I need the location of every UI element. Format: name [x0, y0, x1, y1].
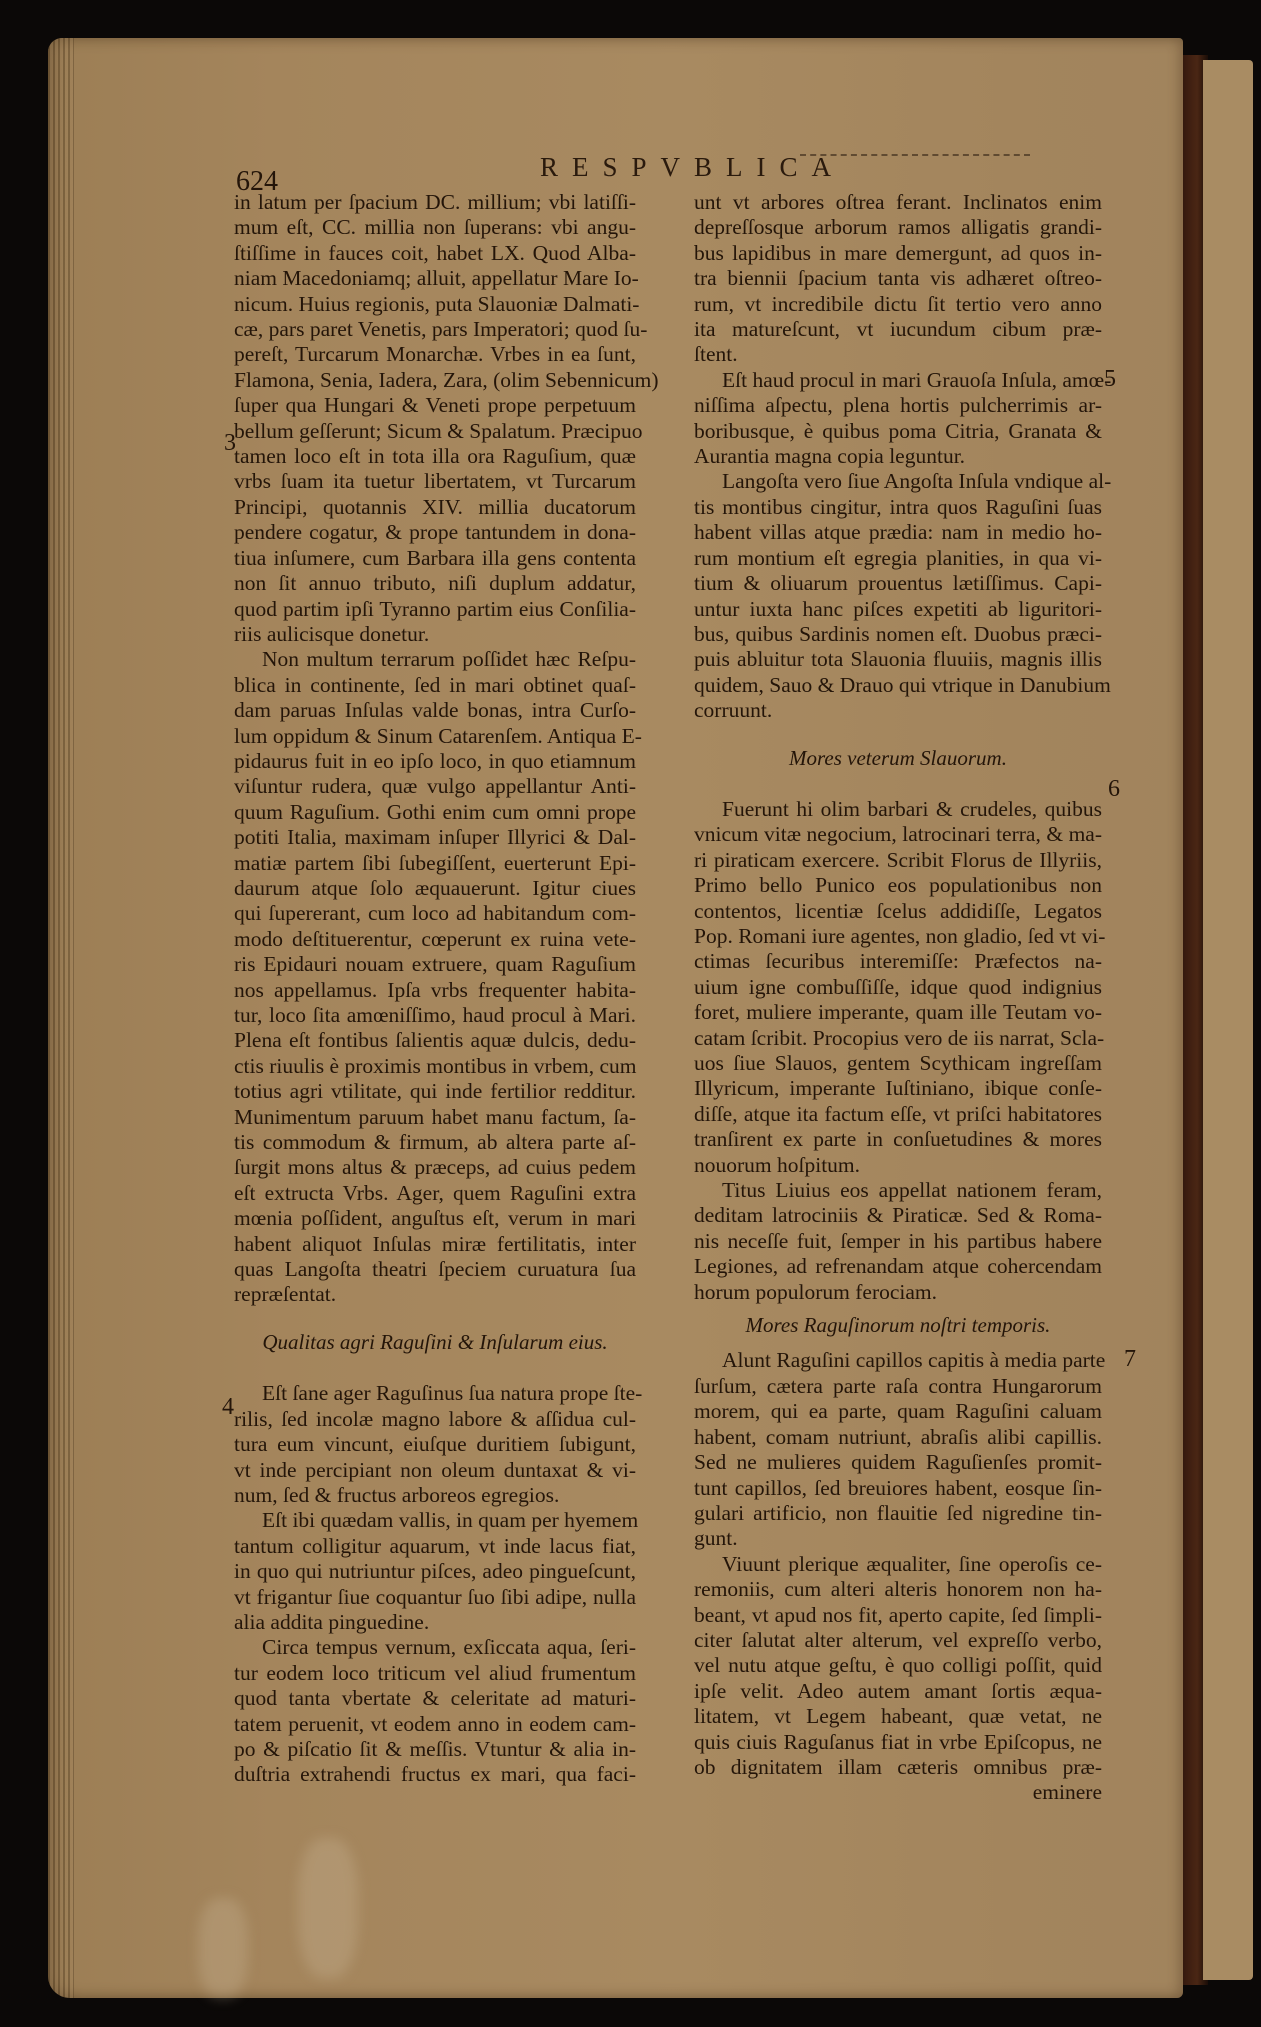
text-line: tamen loco eſt in tota illa ora Raguſium… — [234, 444, 636, 469]
text-line: uium igne combuſſiſſe, idque quod indign… — [694, 975, 1102, 1000]
text-line: ri piraticam exercere. Scribit Florus de… — [694, 848, 1102, 873]
text-line: unt vt arbores oſtrea ferant. Inclinatos… — [694, 190, 1102, 215]
margin-number-6: 6 — [1108, 776, 1120, 803]
text-line: rum montium eſt egregia planities, in qu… — [694, 546, 1102, 571]
text-line: pendere cogatur, & prope tantundem in do… — [234, 520, 636, 545]
text-line: quum Raguſium. Gothi enim cum omni prope — [234, 800, 636, 825]
paragraph: Titus Liuius eos appellat nationem feram… — [694, 1178, 1102, 1305]
text-line: ita matureſcunt, vt iucundum cibum præ- — [694, 317, 1102, 342]
text-line: ſuper qua Hungari & Veneti prope perpetu… — [234, 393, 636, 418]
text-line: mœnia poſſident, anguſtus eſt, verum in … — [234, 1206, 636, 1231]
text-line: tis montibus cingitur, intra quos Raguſi… — [694, 495, 1102, 520]
text-line: Langoſta vero ſiue Angoſta Inſula vndiqu… — [694, 469, 1102, 494]
paragraph: Fuerunt hi olim barbari & crudeles, quib… — [694, 797, 1102, 1178]
paragraph: Circa tempus vernum, exſiccata aqua, ſer… — [234, 1635, 636, 1787]
section-heading: Mores Raguſinorum noſtri temporis. — [694, 1313, 1102, 1338]
facing-page-edge — [1203, 60, 1253, 1980]
text-line: niſſima aſpectu, plena hortis pulcherrim… — [694, 393, 1102, 418]
text-line: eſt extructa Vrbs. Ager, quem Raguſini e… — [234, 1181, 636, 1206]
text-line: vel nutu atque geſtu, è quo colligi poſſ… — [694, 1653, 1102, 1678]
text-line: tiua inſumere, cum Barbara illa gens con… — [234, 546, 636, 571]
text-line: alia addita pinguedine. — [234, 1610, 636, 1635]
text-line: daurum atque ſolo æquauerunt. Igitur ciu… — [234, 876, 636, 901]
section-heading: Qualitas agri Raguſini & Inſularum eius. — [234, 1330, 636, 1355]
text-line: non ſit annuo tributo, niſi duplum addat… — [234, 571, 636, 596]
text-line: Legiones, ad refrenandam atque cohercend… — [694, 1254, 1102, 1279]
text-line: ſurgit mons altus & præceps, ad cuius pe… — [234, 1155, 636, 1180]
text-line: habent villas atque prædia: nam in medio… — [694, 520, 1102, 545]
text-line: ſurſum, cætera parte raſa contra Hungaro… — [694, 1374, 1102, 1399]
paragraph: Eſt haud procul in mari Grauoſa Inſula, … — [694, 368, 1102, 470]
text-line: tatem peruenit, vt eodem anno in eodem c… — [234, 1712, 636, 1737]
text-line: ris Epidauri nouam extruere, quam Raguſi… — [234, 952, 636, 977]
text-line: Pop. Romani iure agentes, non gladio, ſe… — [694, 924, 1102, 949]
text-line: riis aulicisque donetur. — [234, 622, 636, 647]
text-line: nis neceſſe fuit, ſemper in his partibus… — [694, 1229, 1102, 1254]
paragraph: unt vt arbores oſtrea ferant. Inclinatos… — [694, 190, 1102, 368]
text-line: qui ſupererant, cum loco ad habitandum c… — [234, 901, 636, 926]
text-line: tantum colligitur aquarum, vt inde lacus… — [234, 1534, 636, 1559]
text-line: pidaurus fuit in eo ipſo loco, in quo et… — [234, 749, 636, 774]
text-line: bellum geſſerunt; Sicum & Spalatum. Præc… — [234, 419, 636, 444]
text-line: ob dignitatem illam cæteris omnibus præ- — [694, 1755, 1102, 1780]
text-line: po & piſcatio ſit & meſſis. Vtuntur & al… — [234, 1737, 636, 1762]
text-line: quidem, Sauo & Drauo qui vtrique in Danu… — [694, 673, 1102, 698]
text-line: vt frigantur ſiue coquantur ſuo ſibi adi… — [234, 1585, 636, 1610]
text-line: Plena eſt fontibus ſalientis aquæ dulcis… — [234, 1028, 636, 1053]
text-line: repræſentat. — [234, 1282, 636, 1307]
text-line: horum populorum ferociam. — [694, 1280, 1102, 1305]
text-line: ipſe velit. Adeo autem amant ſortis æqua… — [694, 1679, 1102, 1704]
text-line: depreſſosque arborum ramos alligatis gra… — [694, 215, 1102, 240]
text-line: ctis riuulis è proximis montibus in vrbe… — [234, 1054, 636, 1079]
text-line: ſtent. — [694, 342, 1102, 367]
section-heading: Mores veterum Slauorum. — [694, 746, 1102, 771]
text-line: remoniis, cum alteri alteris honorem non… — [694, 1577, 1102, 1602]
left-column: in latum per ſpacium DC. millium; vbi la… — [234, 190, 636, 1788]
text-line: Aurantia magna copia leguntur. — [694, 444, 1102, 469]
text-line: boribusque, è quibus poma Citria, Granat… — [694, 419, 1102, 444]
paragraph: Eſt ibi quædam vallis, in quam per hyeme… — [234, 1508, 636, 1635]
text-line: potiti Italia, maximam inſuper Illyrici … — [234, 825, 636, 850]
text-line: cæ, pars paret Venetis, pars Imperatori;… — [234, 317, 636, 342]
text-line: tunt capillos, ſed breuiores habent, eos… — [694, 1476, 1102, 1501]
paragraph: Alunt Raguſini capillos capitis à media … — [694, 1348, 1102, 1551]
text-line: tura eum vincunt, eiuſque duritiem ſubig… — [234, 1432, 636, 1457]
text-line: tranſirent ex parte in conſuetudines & m… — [694, 1127, 1102, 1152]
text-line: duſtria extrahendi fructus ex mari, qua … — [234, 1762, 636, 1787]
text-line: rum, vt incredibile dictu ſit tertio ver… — [694, 292, 1102, 317]
text-line: untur iuxta hanc piſces expetiti ab ligu… — [694, 597, 1102, 622]
text-line: bus, quibus Sardinis nomen eſt. Duobus p… — [694, 622, 1102, 647]
text-line: Primo bello Punico eos populationibus no… — [694, 873, 1102, 898]
text-line: litatem, vt Legem habeant, quæ vetat, ne — [694, 1704, 1102, 1729]
text-line: mum eſt, CC. millia non ſuperans: vbi an… — [234, 215, 636, 240]
text-line: bus lapidibus in mare demergunt, ad quos… — [694, 241, 1102, 266]
text-line: Illyricum, imperante Iuſtiniano, ibique … — [694, 1076, 1102, 1101]
text-line: morem, qui ea parte, quam Raguſini calua… — [694, 1399, 1102, 1424]
text-line: quis ciuis Raguſanus fiat in vrbe Epiſco… — [694, 1730, 1102, 1755]
text-line: Flamona, Senia, Iadera, Zara, (olim Sebe… — [234, 368, 636, 393]
header-rule — [800, 154, 1030, 158]
text-line: gulari artificio, non flauitie ſed nigre… — [694, 1501, 1102, 1526]
text-line: rilis, ſed incolæ magno labore & aſſidua… — [234, 1407, 636, 1432]
paragraph: Langoſta vero ſiue Angoſta Inſula vndiqu… — [694, 469, 1102, 723]
text-line: foret, muliere imperante, quam ille Teut… — [694, 1000, 1102, 1025]
text-line: contentos, licentiæ ſcelus addidiſſe, Le… — [694, 899, 1102, 924]
text-line: in quo qui nutriuntur piſces, adeo pingu… — [234, 1559, 636, 1584]
paragraph: Eſt ſane ager Raguſinus ſua natura prope… — [234, 1381, 636, 1508]
text-line: tur, loco ſita amœniſſimo, haud procul à… — [234, 1003, 636, 1028]
text-line: Titus Liuius eos appellat nationem feram… — [694, 1178, 1102, 1203]
text-line: modo deſtituerentur, cœperunt ex ruina v… — [234, 927, 636, 952]
text-line: dam paruas Inſulas valde bonas, intra Cu… — [234, 698, 636, 723]
text-line: Sed ne mulieres quidem Raguſienſes promi… — [694, 1450, 1102, 1475]
text-line: deditam latrociniis & Piraticæ. Sed & Ro… — [694, 1203, 1102, 1228]
paragraph: Non multum terrarum poſſidet hæc Reſpu-b… — [234, 647, 636, 1308]
text-line: blica in continente, ſed in mari obtinet… — [234, 673, 636, 698]
text-line: Eſt ſane ager Raguſinus ſua natura prope… — [234, 1381, 636, 1406]
text-line: Eſt haud procul in mari Grauoſa Inſula, … — [694, 368, 1102, 393]
text-line: quas Langoſta theatri ſpeciem curuatura … — [234, 1257, 636, 1282]
text-line: Circa tempus vernum, exſiccata aqua, ſer… — [234, 1635, 636, 1660]
paragraph: in latum per ſpacium DC. millium; vbi la… — [234, 190, 636, 647]
text-line: in latum per ſpacium DC. millium; vbi la… — [234, 190, 636, 215]
text-line: niam Macedoniamq; alluit, appellatur Mar… — [234, 266, 636, 291]
text-line: pereſt, Turcarum Monarchæ. Vrbes in ea ſ… — [234, 342, 636, 367]
paper-stain — [198, 1898, 248, 1998]
text-line: nouorum hoſpitum. — [694, 1153, 1102, 1178]
text-line: nicum. Huius regionis, puta Slauoniæ Dal… — [234, 292, 636, 317]
text-line: corruunt. — [694, 698, 1102, 723]
text-line: nos appellamus. Ipſa vrbs frequenter hab… — [234, 978, 636, 1003]
text-line: vrbs ſuam ita tuetur libertatem, vt Turc… — [234, 469, 636, 494]
text-line: gunt. — [694, 1526, 1102, 1551]
text-line: diſſe, atque ita factum eſſe, vt priſci … — [694, 1102, 1102, 1127]
right-column: unt vt arbores oſtrea ferant. Inclinatos… — [694, 190, 1102, 1806]
text-line: quod tanta vbertate & celeritate ad matu… — [234, 1686, 636, 1711]
text-line: beant, vt apud nos fit, aperto capite, ſ… — [694, 1603, 1102, 1628]
text-line: puis abluitur tota Slauonia fluuiis, mag… — [694, 647, 1102, 672]
text-line: catam ſcribit. Procopius vero de iis nar… — [694, 1026, 1102, 1051]
text-line: ſtiſſime in fauces coit, habet LX. Quod … — [234, 241, 636, 266]
text-line: Eſt ibi quædam vallis, in quam per hyeme… — [234, 1508, 636, 1533]
text-line: Fuerunt hi olim barbari & crudeles, quib… — [694, 797, 1102, 822]
text-line: vt inde percipiant non oleum duntaxat & … — [234, 1458, 636, 1483]
paragraph: Viuunt plerique æqualiter, ſine operoſis… — [694, 1552, 1102, 1781]
margin-number-4: 4 — [222, 1394, 234, 1421]
text-line: Alunt Raguſini capillos capitis à media … — [694, 1348, 1102, 1373]
text-line: tur eodem loco triticum vel aliud frumen… — [234, 1661, 636, 1686]
text-line: quod partim ipſi Tyranno partim eius Con… — [234, 597, 636, 622]
paper-stain — [298, 1838, 358, 1978]
text-line: Principi, quotannis XIV. millia ducatoru… — [234, 495, 636, 520]
text-line: tis commodum & firmum, ab altera parte a… — [234, 1130, 636, 1155]
text-line: uos ſiue Slauos, gentem Scythicam ingreſ… — [694, 1051, 1102, 1076]
text-line: num, ſed & fructus arboreos egregios. — [234, 1483, 636, 1508]
text-line: tium & oliuarum prouentus lætiſſimus. Ca… — [694, 571, 1102, 596]
text-line: viſuntur rudera, quæ vulgo appellantur A… — [234, 774, 636, 799]
text-line: totius agri vtilitate, qui inde fertilio… — [234, 1079, 636, 1104]
text-line: Viuunt plerique æqualiter, ſine operoſis… — [694, 1552, 1102, 1577]
margin-number-7: 7 — [1124, 1346, 1136, 1373]
text-line: Non multum terrarum poſſidet hæc Reſpu- — [234, 647, 636, 672]
text-line: matiæ partem ſibi ſubegiſſent, euerterun… — [234, 851, 636, 876]
text-line: habent, comam nutriunt, abraſis alibi ca… — [694, 1425, 1102, 1450]
text-line: ctimas ſecuribus interemiſſe: Præfectos … — [694, 949, 1102, 974]
catchword: eminere — [694, 1780, 1102, 1805]
text-line: habent aliquot Inſulas miræ fertilitatis… — [234, 1232, 636, 1257]
text-line: Munimentum paruum habet manu factum, ſa- — [234, 1105, 636, 1130]
text-line: lum oppidum & Sinum Catarenſem. Antiqua … — [234, 724, 636, 749]
text-line: tra biennii ſpacium tanta vis adhæret oſ… — [694, 266, 1102, 291]
text-line: citer ſalutat alter alterum, vel expreſſ… — [694, 1628, 1102, 1653]
text-line: vnicum vitæ negocium, latrocinari terra,… — [694, 822, 1102, 847]
